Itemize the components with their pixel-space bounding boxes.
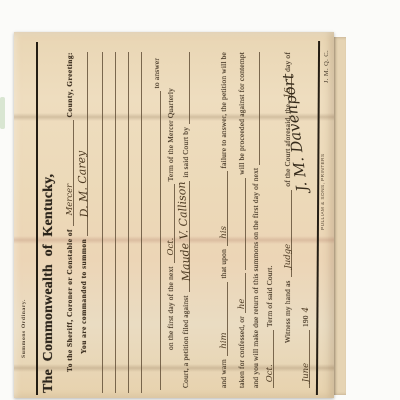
date-month-handwriting: June (302, 363, 311, 382)
blank-rule: Maude V. Callison (187, 181, 190, 293)
blank-rule (139, 52, 142, 393)
line-term2: Oct. Term of said Court. (266, 220, 275, 388)
term-fill-handwriting: Oct. (167, 238, 176, 256)
warn-mid-text: that upon (220, 249, 229, 279)
blank-rule: June (307, 330, 310, 388)
blank-line (100, 52, 104, 393)
blank-rule: Oct. (271, 330, 274, 388)
blank-rule (126, 52, 129, 393)
warn-fill1-handwriting: him (220, 332, 229, 348)
blank-rule: he (243, 273, 246, 313)
line-summon: You are commanded to summon D. M. Carey (80, 52, 89, 354)
line-return: and you will make due return of this sum… (252, 52, 261, 388)
blank-rule (158, 91, 161, 390)
sheriff-post-text: County, Greeting: (66, 52, 75, 117)
date-year-printed: 190 (302, 315, 311, 327)
blank-rule: Judge (289, 190, 292, 278)
line-warn: and warn him that upon his failure to an… (220, 52, 229, 388)
blank-line (113, 52, 117, 393)
printer-imprint: PULLIAM & SONS, PRINTERS (322, 153, 327, 230)
term2-text: Term of said Court. (266, 265, 275, 327)
blank-line (126, 52, 130, 393)
summon-pre-text: You are commanded to summon (80, 239, 89, 354)
sheriff-pre-text: To the Sheriff, Coroner or Constable of (66, 229, 75, 372)
document-title: The Commonwealth of Kentucky, (42, 174, 56, 393)
blank-rule (257, 52, 260, 165)
signature-title-text: J. M. Q. C. (324, 50, 331, 83)
witness-post-text: day of (284, 52, 293, 72)
blank-rule: D. M. Carey (85, 52, 88, 236)
scanned-page: Summons Ordinary. The Commonwealth of Ke… (0, 0, 400, 400)
blank-rule: Mercer (71, 120, 74, 226)
date-year-handwriting: 4 (302, 307, 311, 312)
blank-rule: him (225, 282, 228, 357)
county-fill-handwriting: Mercer (66, 184, 75, 216)
term-pre-text: on the first day of the next (167, 266, 176, 350)
line-date: June 190 4 (302, 230, 311, 388)
line-term: on the first day of the next Oct. Term o… (167, 88, 176, 350)
line-confessed: taken for confessed, or he will be proce… (238, 52, 247, 388)
petition-post-text: in said Court by (182, 127, 191, 178)
heavy-rule-bottom (316, 41, 320, 395)
blank-rule (243, 178, 246, 270)
line-petition: Court, a petition filed against Maude V.… (182, 52, 191, 388)
return-text: and you will make due return of this sum… (252, 168, 261, 388)
witness-pre-text: Witness my hand as (284, 280, 293, 343)
corner-label: Summons Ordinary. (22, 299, 28, 358)
blank-rule: Oct. (172, 184, 175, 263)
confessed-post-text: will be proceeded against for contempt (238, 52, 247, 175)
paper: Summons Ordinary. The Commonwealth of Ke… (14, 32, 334, 398)
warn-pre-text: and warn (220, 359, 229, 388)
blank-rule (100, 52, 103, 393)
witness-fill-handwriting: Judge (284, 244, 293, 269)
line-sheriff: To the Sheriff, Coroner or Constable of … (66, 52, 75, 372)
blank-rule: his (225, 171, 228, 246)
confessed-fill-handwriting: he (238, 299, 247, 310)
blank-line (139, 52, 143, 393)
confessed-pre-text: taken for confessed, or (238, 316, 247, 388)
line-to-answer: to answer (153, 58, 162, 390)
warn-post-text: failure to answer, the petition will be (220, 52, 229, 168)
to-answer-text: to answer (153, 58, 162, 88)
warn-fill2-handwriting: his (220, 226, 229, 239)
petition-pre-text: Court, a petition filed against (182, 295, 191, 388)
term2-fill-handwriting: Oct. (266, 364, 275, 382)
term-post-text: Term of the Mercer Quarterly (167, 88, 176, 181)
scan-artifact (0, 97, 5, 129)
blank-rule (187, 52, 190, 124)
summons-document: Summons Ordinary. The Commonwealth of Ke… (14, 32, 334, 398)
heavy-rule-top (36, 42, 38, 395)
paper-under-edge (333, 37, 346, 395)
blank-rule (113, 52, 116, 393)
petition-defendant-handwriting: Maude V. Callison (175, 181, 191, 281)
defendant-name-handwriting: D. M. Carey (75, 151, 89, 218)
